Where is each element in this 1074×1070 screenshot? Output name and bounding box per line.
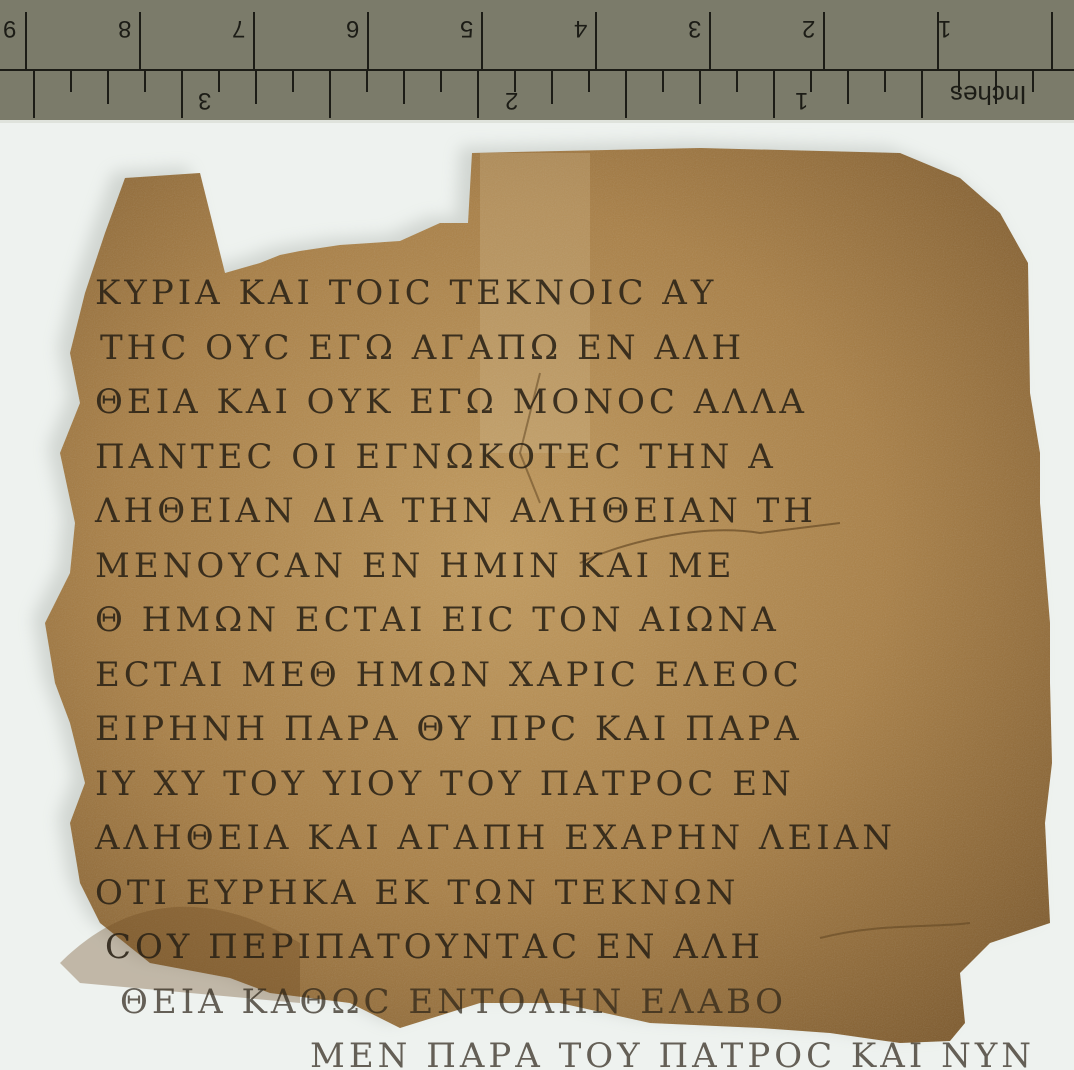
ruler-minor-tick — [366, 70, 368, 92]
manuscript-line: ΘΕΙΑ ΚΑΙ ΟΥΚ ΕΓΩ ΜΟΝΟϹ ΑΛΛΑ — [95, 382, 808, 422]
manuscript-line: ΑΛΗΘΕΙΑ ΚΑΙ ΑΓΑΠΗ ΕΧΑΡΗΝ ΛΕΙΑΝ — [95, 818, 896, 858]
ruler-inch-tick — [25, 12, 27, 70]
ruler-top-number: 9 — [3, 16, 16, 40]
ruler-top-number: 1 — [938, 16, 951, 40]
manuscript-line: ΕΙΡΗΝΗ ΠΑΡΑ ΘΥ ΠΡϹ ΚΑΙ ΠΑΡΑ — [95, 709, 803, 749]
ruler-minor-tick — [847, 70, 849, 104]
ruler-top-number: 2 — [802, 16, 815, 40]
manuscript-line: ΟΤΙ ΕΥΡΗΚΑ ΕΚ ΤΩΝ ΤΕΚΝΩΝ — [95, 873, 739, 913]
ruler-top-number: 4 — [574, 16, 587, 40]
ruler-top-number: 5 — [460, 16, 473, 40]
manuscript-line: ΠΑΝΤΕϹ ΟΙ ΕΓΝΩΚΟΤΕϹ ΤΗΝ Α — [95, 437, 777, 477]
manuscript-line: ΕϹΤΑΙ ΜΕΘ ΗΜΩΝ ΧΑΡΙϹ ΕΛΕΟϹ — [95, 655, 803, 695]
ruler-minor-tick — [107, 70, 109, 104]
ruler-midline — [0, 69, 1074, 71]
ruler-bottom-number: 1 — [795, 88, 808, 112]
ruler-bottom-number: 3 — [198, 88, 211, 112]
ruler-top-number: 8 — [118, 16, 131, 40]
ruler-minor-tick — [588, 70, 590, 92]
ruler-minor-tick — [884, 70, 886, 92]
ruler-inch-tick — [595, 12, 597, 70]
ruler-top-number: 7 — [232, 16, 245, 40]
manuscript-photo: ΚΥΡΙΑ ΚΑΙ ΤΟΙϹ ΤΕΚΝΟΙϹ ΑΥΤΗϹ ΟΥϹ ΕΓΩ ΑΓΑ… — [0, 123, 1074, 1070]
ruler-minor-tick — [625, 70, 627, 118]
manuscript-line: ΜΕΝ ΠΑΡΑ ΤΟΥ ΠΑΤΡΟϹ ΚΑΙ ΝΥΝ — [310, 1036, 1035, 1070]
ruler-minor-tick — [551, 70, 553, 104]
ruler-minor-tick — [70, 70, 72, 92]
ruler-minor-tick — [292, 70, 294, 92]
ruler-inch-tick — [481, 12, 483, 70]
manuscript-line: Θ ΗΜΩΝ ΕϹΤΑΙ ΕΙϹ ΤΟΝ ΑΙΩΝΑ — [95, 600, 780, 640]
ruler-minor-tick — [921, 70, 923, 118]
ruler-minor-tick — [1032, 70, 1034, 92]
ruler-inch-tick — [709, 12, 711, 70]
manuscript-line: ΤΗϹ ΟΥϹ ΕΓΩ ΑΓΑΠΩ ΕΝ ΑΛΗ — [100, 328, 745, 368]
manuscript-line: ΛΗΘΕΙΑΝ ΔΙΑ ΤΗΝ ΑΛΗΘΕΙΑΝ ΤΗ — [95, 491, 817, 531]
ruler-inch-tick — [1051, 12, 1053, 70]
ruler-minor-tick — [477, 70, 479, 118]
ruler-minor-tick — [255, 70, 257, 104]
manuscript-line: ΘΕΙΑ ΚΑΘΩϹ ΕΝΤΟΛΗΝ ΕΛΑΒΟ — [120, 982, 787, 1022]
ruler-inch-tick — [367, 12, 369, 70]
ruler-top-number: 6 — [346, 16, 359, 40]
ruler-minor-tick — [699, 70, 701, 104]
ruler-minor-tick — [329, 70, 331, 118]
ruler-minor-tick — [33, 70, 35, 118]
ruler-minor-tick — [181, 70, 183, 118]
ruler-minor-tick — [144, 70, 146, 92]
ruler-minor-tick — [773, 70, 775, 118]
manuscript-line: ΚΥΡΙΑ ΚΑΙ ΤΟΙϹ ΤΕΚΝΟΙϹ ΑΥ — [95, 273, 717, 313]
ruler-minor-tick — [662, 70, 664, 92]
ruler-minor-tick — [810, 70, 812, 92]
ruler-minor-tick — [218, 70, 220, 92]
ruler-top-number: 3 — [688, 16, 701, 40]
measuring-ruler: Inches 987654321321 — [0, 0, 1074, 123]
ruler-inch-tick — [823, 12, 825, 70]
manuscript-line: ΙΥ ΧΥ ΤΟΥ ΥΙΟΥ ΤΟΥ ΠΑΤΡΟϹ ΕΝ — [95, 764, 795, 804]
ruler-minor-tick — [736, 70, 738, 92]
ruler-unit-label: Inches — [950, 82, 1027, 108]
manuscript-line: ϹΟΥ ΠΕΡΙΠΑΤΟΥΝΤΑϹ ΕΝ ΑΛΗ — [105, 927, 764, 967]
ruler-bottom-number: 2 — [505, 88, 518, 112]
ruler-inch-tick — [139, 12, 141, 70]
ruler-minor-tick — [403, 70, 405, 104]
ruler-inch-tick — [253, 12, 255, 70]
ruler-minor-tick — [440, 70, 442, 92]
manuscript-line: ΜΕΝΟΥϹΑΝ ΕΝ ΗΜΙΝ ΚΑΙ ΜΕ — [95, 546, 735, 586]
